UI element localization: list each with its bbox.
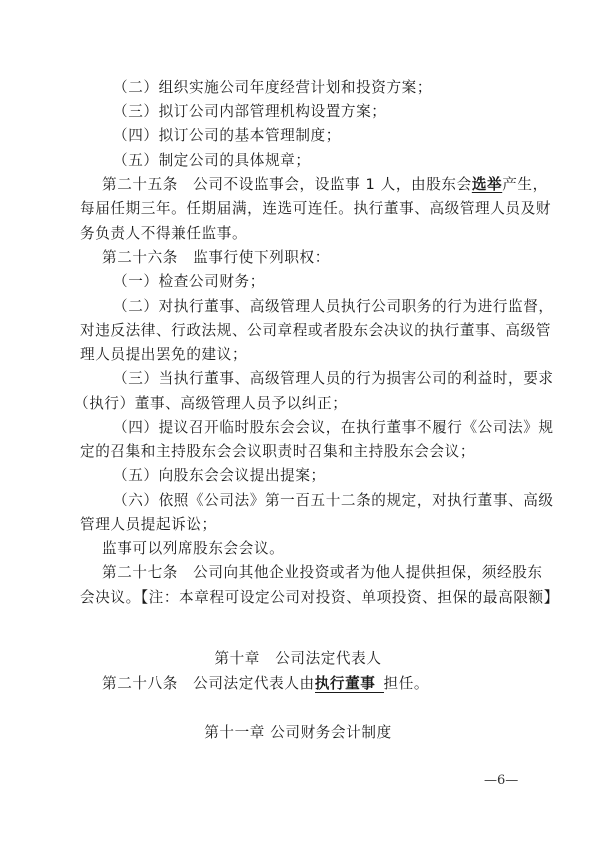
clause-line: （二）对执行董事、高级管理人员执行公司职务的行为进行监督， bbox=[113, 295, 553, 319]
article-28: 第二十八条 公司法定代表人由执行董事担任。 bbox=[102, 672, 542, 696]
clause-line: 定的召集和主持股东会会议职责时召集和主持股东会会议； bbox=[80, 440, 520, 464]
clause-line: 理人员提出罢免的建议； bbox=[80, 343, 520, 367]
article-27-line-2: 会决议。【注：本章程可设定公司对投资、单项投资、担保的最高限额】 bbox=[80, 586, 520, 610]
article-28-text: 第二十八条 公司法定代表人由 bbox=[102, 675, 315, 692]
chapter-11-heading: 第十一章 公司财务会计制度 bbox=[0, 721, 596, 745]
clause-line: 对违反法律、行政法规、公司章程或者股东会决议的执行董事、高级管 bbox=[80, 319, 520, 343]
clause-line: （五）向股东会会议提出提案； bbox=[113, 464, 553, 488]
clause-line: （六）依照《公司法》第一百五十二条的规定，对执行董事、高级 bbox=[113, 489, 553, 513]
clause-line: （四）拟订公司的基本管理制度； bbox=[113, 124, 553, 148]
clause-line: （二）组织实施公司年度经营计划和投资方案； bbox=[113, 76, 553, 100]
clause-line: 监事可以列席股东会会议。 bbox=[102, 537, 542, 561]
clause-line: （一）检查公司财务； bbox=[113, 270, 553, 294]
article-27-line-1: 第二十七条 公司向其他企业投资或者为他人提供担保，须经股东 bbox=[102, 561, 542, 585]
article-25-line-1: 第二十五条 公司不设监事会，设监事 1 人，由股东会选举产生， bbox=[102, 173, 542, 197]
clause-line: （五）制定公司的具体规章； bbox=[113, 149, 553, 173]
article-28-text-end: 担任。 bbox=[384, 675, 430, 692]
article-25-line-2: 每届任期三年。任期届满，连选可连任。执行董事、高级管理人员及财 bbox=[80, 197, 520, 221]
clause-line: （四）提议召开临时股东会会议，在执行董事不履行《公司法》规 bbox=[113, 416, 553, 440]
document-page: （二）组织实施公司年度经营计划和投资方案； （三）拟订公司内部管理机构设置方案；… bbox=[0, 0, 596, 842]
emphasis-executive-director: 执行董事 bbox=[315, 675, 384, 693]
emphasis-election: 选举 bbox=[472, 176, 502, 193]
article-25-text-end: 产生， bbox=[502, 176, 548, 193]
clause-line: （执行）董事、高级管理人员予以纠正； bbox=[74, 392, 514, 416]
page-number: —6— bbox=[484, 773, 518, 788]
article-26-title: 第二十六条 监事行使下列职权： bbox=[102, 246, 542, 270]
article-25-text: 第二十五条 公司不设监事会，设监事 1 人，由股东会 bbox=[102, 176, 472, 193]
clause-line: （三）当执行董事、高级管理人员的行为损害公司的利益时，要求 bbox=[113, 367, 553, 391]
clause-line: （三）拟订公司内部管理机构设置方案； bbox=[113, 100, 553, 124]
clause-line: 管理人员提起诉讼； bbox=[80, 513, 520, 537]
chapter-10-heading: 第十章 公司法定代表人 bbox=[0, 647, 596, 671]
article-25-line-3: 务负责人不得兼任监事。 bbox=[80, 222, 520, 246]
